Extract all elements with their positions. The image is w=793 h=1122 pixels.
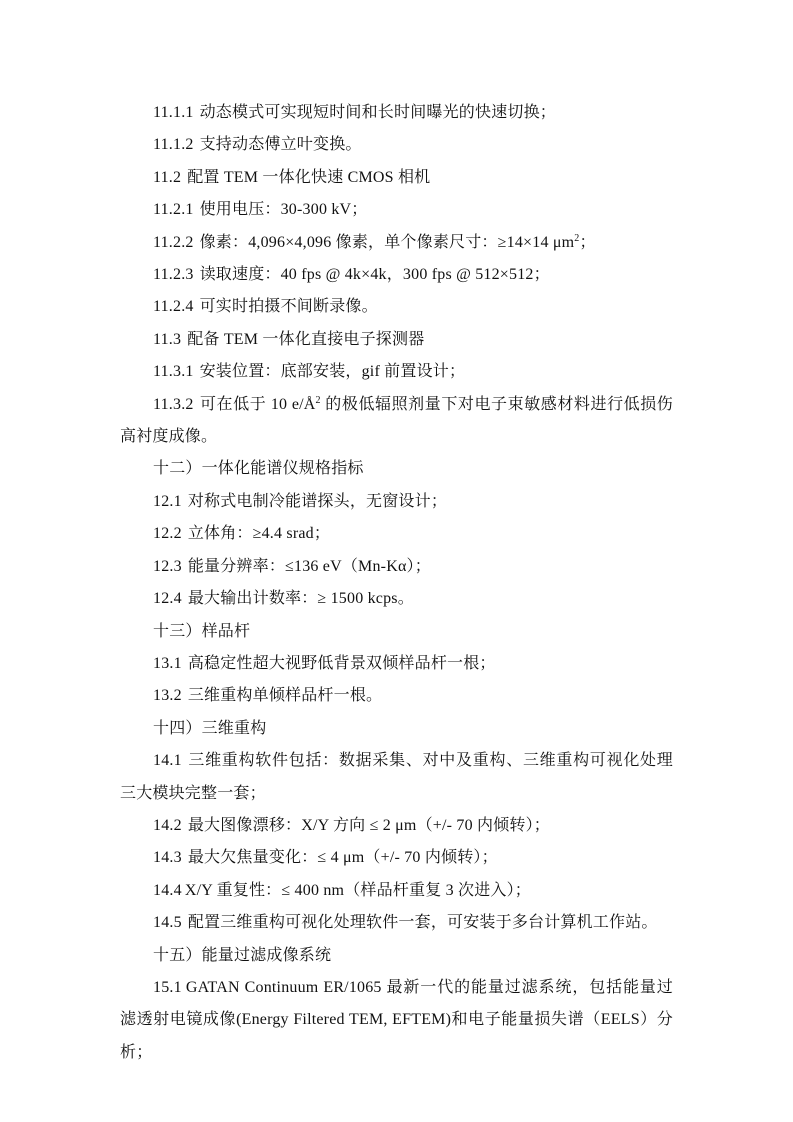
section-heading: 十四）三维重构 [153,720,266,737]
paragraph-13-2: 13.2三维重构单倾样品杆一根。 [120,680,673,712]
paragraph-11-2: 11.2配置 TEM 一体化快速 CMOS 相机 [120,162,673,194]
heading-section-12: 十二）一体化能谱仪规格指标 [120,453,673,485]
paragraph-11-2-2: 11.2.2像素：4,096×4,096 像素，单个像素尺寸：≥14×14 μm… [120,227,673,259]
paragraph-11-3-1: 11.3.1安装位置：底部安装，gif 前置设计； [120,356,673,388]
section-number: 11.2 [153,169,181,186]
section-number: 11.1.2 [153,136,194,153]
paragraph-text: 三维重构单倾样品杆一根。 [188,687,382,704]
paragraph-12-1: 12.1对称式电制冷能谱探头，无窗设计； [120,486,673,518]
section-number: 12.2 [153,525,182,542]
paragraph-11-2-4: 11.2.4可实时拍摄不间断录像。 [120,291,673,323]
paragraph-text: 最大输出计数率：≥ 1500 kcps。 [188,590,414,607]
paragraph-text: 可实时拍摄不间断录像。 [200,298,378,315]
paragraph-11-1-1: 11.1.1动态模式可实现短时间和长时间曝光的快速切换； [120,97,673,129]
paragraph-14-2: 14.2最大图像漂移：X/Y 方向 ≤ 2 μm（+/- 70 内倾转）； [120,810,673,842]
paragraph-14-4: 14.4X/Y 重复性：≤ 400 nm（样品杆重复 3 次进入）； [120,875,673,907]
paragraph-12-2: 12.2立体角：≥4.4 srad； [120,518,673,550]
section-number: 11.2.1 [153,201,194,218]
paragraph-text: 像素：4,096×4,096 像素，单个像素尺寸：≥14×14 μm [200,234,575,251]
heading-section-14: 十四）三维重构 [120,713,673,745]
paragraph-text: 可在低于 10 e/Å [200,396,316,413]
paragraph-11-2-3: 11.2.3读取速度：40 fps @ 4k×4k，300 fps @ 512×… [120,259,673,291]
paragraph-text-tail: ； [579,234,595,251]
paragraph-11-3-2: 11.3.2可在低于 10 e/Å2 的极低辐照剂量下对电子束敏感材料进行低损伤… [120,389,673,454]
section-number: 11.3.1 [153,363,194,380]
paragraph-12-3: 12.3能量分辨率：≤136 eV（Mn-Kα）； [120,551,673,583]
paragraph-15-1: 15.1GATAN Continuum ER/1065 最新一代的能量过滤系统，… [120,972,673,1069]
section-number: 15.1 [153,979,182,996]
section-number: 11.2.2 [153,234,194,251]
section-number: 11.2.3 [153,266,194,283]
paragraph-text: 使用电压：30-300 kV； [200,201,368,218]
heading-section-13: 十三）样品杆 [120,616,673,648]
paragraph-11-1-2: 11.1.2支持动态傅立叶变换。 [120,129,673,161]
paragraph-text: 高稳定性超大视野低背景双倾样品杆一根； [188,655,496,672]
section-number: 11.3 [153,331,181,348]
paragraph-text: 读取速度：40 fps @ 4k×4k，300 fps @ 512×512； [200,266,550,283]
paragraph-text: 配备 TEM 一体化直接电子探测器 [187,331,424,348]
paragraph-text: 配置三维重构可视化处理软件一套，可安装于多台计算机工作站。 [188,914,658,931]
section-number: 13.2 [153,687,182,704]
section-number: 12.1 [153,493,182,510]
paragraph-13-1: 13.1高稳定性超大视野低背景双倾样品杆一根； [120,648,673,680]
paragraph-text: X/Y 重复性：≤ 400 nm（样品杆重复 3 次进入）； [185,882,531,899]
section-heading: 十二）一体化能谱仪规格指标 [153,460,364,477]
paragraph-text: 配置 TEM 一体化快速 CMOS 相机 [187,169,430,186]
paragraph-text: 动态模式可实现短时间和长时间曝光的快速切换； [200,104,556,121]
paragraph-text: 支持动态傅立叶变换。 [200,136,362,153]
section-number: 14.5 [153,914,182,931]
section-number: 14.4 [153,882,182,899]
section-number: 11.3.2 [153,396,194,413]
section-number: 11.2.4 [153,298,194,315]
paragraph-text: 立体角：≥4.4 srad； [188,525,330,542]
section-number: 11.1.1 [153,104,194,121]
document-page: 11.1.1动态模式可实现短时间和长时间曝光的快速切换； 11.1.2支持动态傅… [120,97,673,1069]
paragraph-text: 能量分辨率：≤136 eV（Mn-Kα）； [188,558,431,575]
paragraph-text: 最大欠焦量变化：≤ 4 μm（+/- 70 内倾转）； [188,849,498,866]
section-number: 14.2 [153,817,182,834]
paragraph-text: 安装位置：底部安装，gif 前置设计； [200,363,466,380]
paragraph-text: GATAN Continuum ER/1065 最新一代的能量过滤系统，包括能量… [120,979,673,1061]
paragraph-14-1: 14.1三维重构软件包括：数据采集、对中及重构、三维重构可视化处理三大模块完整一… [120,745,673,810]
section-heading: 十五）能量过滤成像系统 [153,947,331,964]
section-heading: 十三）样品杆 [153,623,250,640]
heading-section-15: 十五）能量过滤成像系统 [120,940,673,972]
section-number: 14.1 [153,752,182,769]
paragraph-14-3: 14.3最大欠焦量变化：≤ 4 μm（+/- 70 内倾转）； [120,842,673,874]
paragraph-text: 三维重构软件包括：数据采集、对中及重构、三维重构可视化处理三大模块完整一套； [120,752,673,801]
paragraph-14-5: 14.5配置三维重构可视化处理软件一套，可安装于多台计算机工作站。 [120,907,673,939]
section-number: 12.4 [153,590,182,607]
paragraph-12-4: 12.4最大输出计数率：≥ 1500 kcps。 [120,583,673,615]
paragraph-text: 最大图像漂移：X/Y 方向 ≤ 2 μm（+/- 70 内倾转）； [188,817,550,834]
paragraph-text: 对称式电制冷能谱探头，无窗设计； [188,493,447,510]
paragraph-11-2-1: 11.2.1使用电压：30-300 kV； [120,194,673,226]
paragraph-11-3: 11.3配备 TEM 一体化直接电子探测器 [120,324,673,356]
section-number: 12.3 [153,558,182,575]
section-number: 14.3 [153,849,182,866]
section-number: 13.1 [153,655,182,672]
